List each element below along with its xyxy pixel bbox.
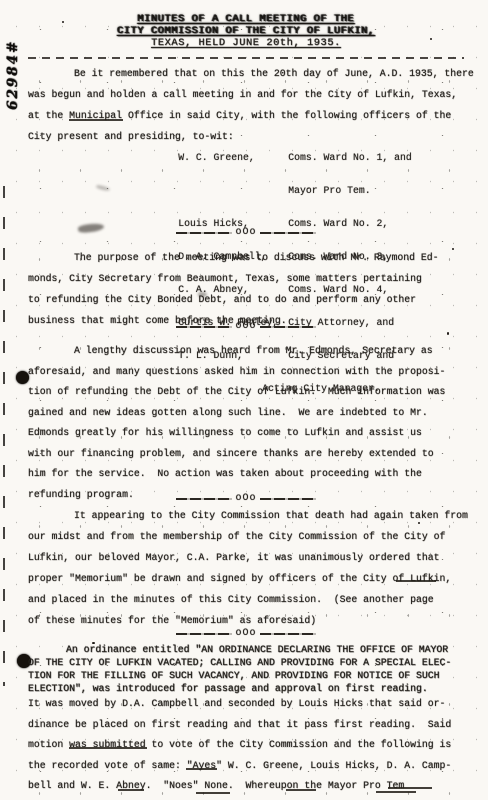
underline-mark (69, 747, 147, 749)
divider-symbol: oOo (235, 494, 256, 504)
heading-line-2: CITY COMMISSION OF THE CITY OF LUFKIN, (28, 25, 464, 37)
underline-mark (186, 768, 217, 770)
divider-dash (176, 326, 232, 328)
underline-mark (69, 119, 123, 121)
handwritten-file-number: 62984# (5, 14, 21, 110)
pencil-mark (96, 184, 111, 191)
section-divider: oOo (28, 627, 464, 641)
divider-dash (176, 498, 232, 500)
ordinance-paragraph: An ordinance entitled "AN ORDINANCE DECL… (28, 643, 464, 695)
motion-vote-paragraph: It was moved by D.A. Campbell and second… (28, 694, 464, 797)
divider-dash (260, 633, 316, 635)
dashed-separator-rule (28, 57, 464, 59)
heading-line-3: TEXAS, HELD JUNE 20th, 1935. (28, 37, 464, 49)
underline-mark (286, 789, 316, 791)
divider-symbol: oOo (235, 322, 256, 332)
divider-symbol: oOo (235, 228, 256, 238)
divider-dash (260, 326, 316, 328)
scanned-minutes-page: 62984# MINUTES OF A CALL MEETING OF THE … (0, 0, 488, 800)
memorial-paragraph: It appearing to the City Commission that… (28, 505, 464, 631)
divider-symbol: oOo (235, 629, 256, 639)
section-divider: oOo (28, 492, 464, 506)
underline-mark (196, 792, 230, 794)
opening-paragraph: Be it remembered that on this the 20th d… (28, 63, 464, 147)
underline-mark (396, 580, 436, 582)
divider-dash (260, 498, 316, 500)
discussion-paragraph: A lengthy discussion was heard from Mr. … (28, 341, 464, 505)
underline-mark (376, 791, 416, 793)
officer-title: Coms. Ward No. 1, and (288, 152, 411, 163)
purpose-paragraph: The purpose of the meeting was to discus… (28, 247, 464, 331)
divider-dash (176, 232, 232, 234)
section-divider: oOo (28, 320, 464, 334)
officer-title: Mayor Pro Tem. (288, 185, 370, 196)
section-divider: oOo (28, 226, 464, 240)
officer-row: W. C. Greene,Coms. Ward No. 1, and (143, 141, 412, 174)
document-heading: MINUTES OF A CALL MEETING OF THE CITY CO… (28, 13, 464, 49)
divider-dash (176, 633, 232, 635)
officer-name: W. C. Greene, (178, 152, 288, 163)
scan-edge-line (3, 186, 5, 686)
divider-dash (260, 232, 316, 234)
underline-mark (388, 787, 432, 789)
heading-line-1: MINUTES OF A CALL MEETING OF THE (28, 13, 464, 25)
underline-mark (118, 789, 144, 791)
officer-row: Mayor Pro Tem. (143, 174, 412, 207)
